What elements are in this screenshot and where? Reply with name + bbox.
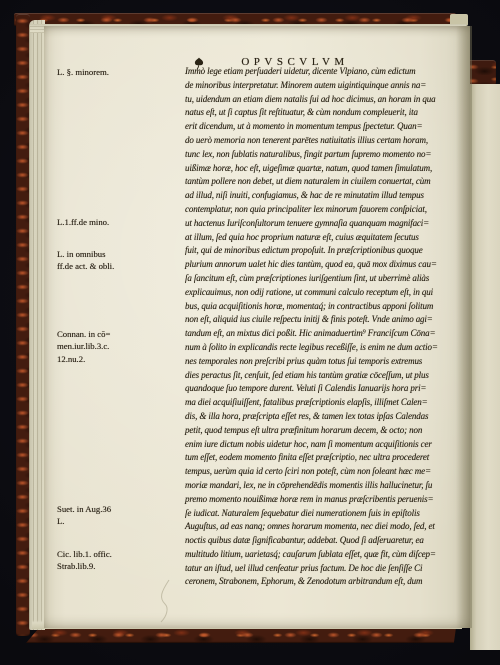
text-line: do uerò memoria non tenerent parētes nat…	[185, 134, 472, 148]
text-line: non eſt, aliquid ius ciuile reſpectu ini…	[185, 313, 472, 327]
text-line: explicauimus, non odij ratione, ut commu…	[185, 286, 472, 300]
margin-note-citation: L. in omnibusff.de act. & obli.	[57, 248, 184, 273]
margin-note-citation: Cic. lib.1. offic.Strab.lib.9.	[57, 548, 184, 573]
text-line: L.	[57, 515, 184, 527]
text-line: ma diei acquiſiuiſſent, fatalibus præſcr…	[185, 396, 472, 410]
body-text: Immò lege etiam perſuaderi uidetur, dice…	[185, 65, 472, 589]
text-line: Cic. lib.1. offic.	[57, 548, 184, 560]
text-line: contemplatur, non quia principaliter lex…	[185, 203, 472, 217]
text-line: tantùm pollere non debet, ut diem natura…	[185, 175, 472, 189]
text-line: L. §. minorem.	[57, 66, 184, 78]
text-line: men.iur.lib.3.c.	[57, 340, 184, 352]
book-page: OPVSCVLVM L. §. minorem. L.1.ff.de mino.…	[44, 26, 470, 628]
text-line: petit, quod tempus eſt ultra præfinitum …	[185, 424, 472, 438]
text-line: ſa ſancitum eſt, cùm præſcriptiones iuri…	[185, 272, 472, 286]
text-line: 12.nu.2.	[57, 353, 184, 365]
page-edges-left	[29, 20, 45, 630]
text-line: L. in omnibus	[57, 248, 184, 260]
binding-edge-left	[16, 14, 30, 636]
text-line: tempus, uerùm quia id certo ſciri non po…	[185, 465, 472, 479]
text-line: tandum eſt, an mixtus dici poßit. Hic an…	[185, 327, 472, 341]
text-line: plurium annorum ualet hic dies tantùm, q…	[185, 258, 472, 272]
text-line: erit dicendum, ut à momento in momentum …	[185, 120, 472, 134]
text-line: dies peractus ſit, cenſuit, ſed etiam hi…	[185, 369, 472, 383]
text-line: noctis quibus datæ ſignificabantur, adde…	[185, 534, 472, 548]
text-line: ut hactenus Iuriſconſultorum tenuere gym…	[185, 217, 472, 231]
text-line: tunc lex, non ſublatis naturalibus, fing…	[185, 148, 472, 162]
text-line: Connan. in cō=	[57, 328, 184, 340]
text-line: quandoque ſuo tempore durent. Veluti ſi …	[185, 382, 472, 396]
text-line: dis, & illa hora, præſcripta eſſet res, …	[185, 410, 472, 424]
text-line: Strab.lib.9.	[57, 560, 184, 572]
text-line: ad illud, niſi inuiti, confugiamus, & ha…	[185, 189, 472, 203]
margin-note-citation: L. §. minorem.	[57, 66, 184, 78]
text-line: de minoribus interpretatur. Minorem aute…	[185, 79, 472, 93]
text-line: bus, quia acquiſitionis horæ, momentaq́;…	[185, 300, 472, 314]
text-line: premo momento nouißimæ horæ rem in manus…	[185, 493, 472, 507]
photo-background: OPVSCVLVM L. §. minorem. L.1.ff.de mino.…	[0, 0, 500, 665]
margin-note-citation: Connan. in cō=men.iur.lib.3.c.12.nu.2.	[57, 328, 184, 365]
margin-note-citation: Suet. in Aug.36L.	[57, 503, 184, 528]
text-line: enim iure dictum nobis uidetur hoc, nam …	[185, 438, 472, 452]
text-line: moriæ mandari, lex, ne in cōprehendēdis …	[185, 479, 472, 493]
text-line: multitudo litium, uarietasq́; cauſarum ſ…	[185, 548, 472, 562]
text-line: uißimæ horæ, hoc eſt, uigeſimæ quartæ, n…	[185, 162, 472, 176]
facing-page-sliver	[470, 84, 500, 650]
text-line: ff.de act. & obli.	[57, 260, 184, 272]
text-line: natus eſt, ut ſi captus ſit reſtituatur,…	[185, 106, 472, 120]
text-line: ſe iudicat. Naturalem ſequebatur diei nu…	[185, 507, 472, 521]
text-line: Suet. in Aug.36	[57, 503, 184, 515]
text-line: nes temporales non preſcribi prius quàm …	[185, 355, 472, 369]
text-line: at illum, ſed quia hoc proprium naturæ e…	[185, 231, 472, 245]
paper-crease	[155, 578, 177, 624]
text-line: ceronem, Strabonem, Ephorum, & Zenodotum…	[185, 575, 472, 589]
text-line: tatur an iſtud, uel illud cenſeatur priu…	[185, 562, 472, 576]
text-line: fuit, qui de minoribus edictum propoſuit…	[185, 244, 472, 258]
margin-note-citation: L.1.ff.de mino.	[57, 216, 184, 228]
text-line: num à ſolito in explicandis recte legibu…	[185, 341, 472, 355]
binding-edge-bottom	[26, 628, 456, 643]
text-line: tum eſſet, eodem momento finita eſſet pr…	[185, 451, 472, 465]
text-line: Immò lege etiam perſuaderi uidetur, dice…	[185, 65, 472, 79]
text-line: tu, uidendum an etiam diem natalis ſui a…	[185, 93, 472, 107]
text-line: Auguſtus, ad eas nanq; omnes horarum mom…	[185, 520, 472, 534]
text-line: L.1.ff.de mino.	[57, 216, 184, 228]
